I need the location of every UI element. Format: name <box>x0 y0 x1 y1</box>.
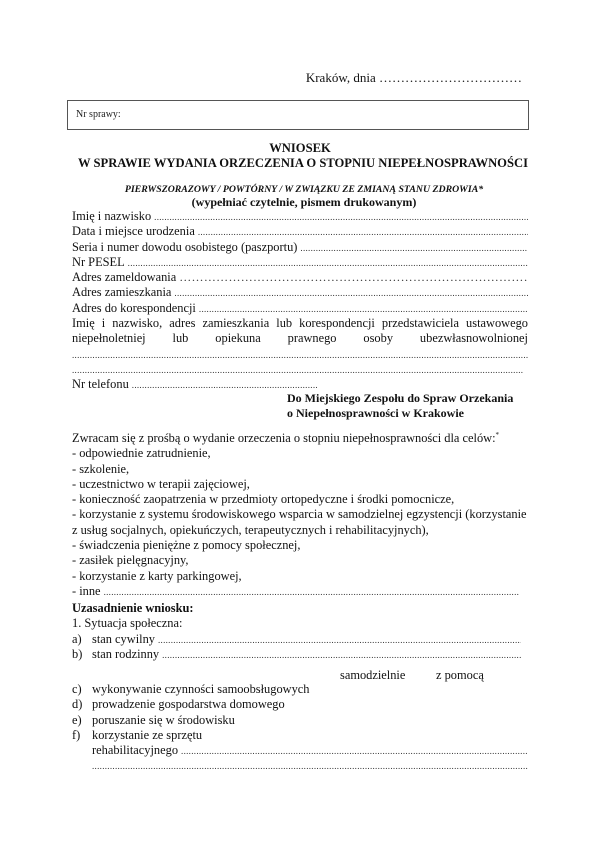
column-independent: samodzielnie <box>340 668 405 683</box>
registered-address-label: Adres zameldowania <box>72 270 179 285</box>
activity-row[interactable]: d)prowadzenie gospodarstwa domowego <box>72 697 532 712</box>
rehab-equipment-field-line2[interactable] <box>72 758 528 773</box>
id-document-label: Seria i numer dowodu osobistego (paszpor… <box>72 240 300 255</box>
addressee-line2: o Niepełnosprawności w Krakowie <box>287 406 513 421</box>
representative-label-line1: Imię i nazwisko, adres zamieszkania lub … <box>72 316 528 331</box>
correspondence-address-label: Adres do korespondencji <box>72 301 199 316</box>
column-with-help: z pomocą <box>436 668 484 683</box>
registered-address-field[interactable]: Adres zameldowania <box>72 270 528 285</box>
purpose-item[interactable]: - konieczność zaopatrzenia w przedmioty … <box>72 492 532 507</box>
document-subtitle: W SPRAWIE WYDANIA ORZECZENIA O STOPNIU N… <box>0 156 600 171</box>
case-number-label: Nr sprawy: <box>76 107 121 122</box>
representative-field-line1[interactable] <box>72 347 528 362</box>
case-number-box[interactable]: Nr sprawy: <box>67 100 529 130</box>
asterisk-mark: * <box>496 431 500 439</box>
name-field[interactable]: Imię i nazwisko <box>72 209 528 224</box>
purpose-item[interactable]: - świadczenia pieniężne z pomocy społecz… <box>72 538 532 553</box>
activities-list: c)wykonywanie czynności samoobsługowych … <box>72 682 532 774</box>
birth-label: Data i miejsce urodzenia <box>72 224 198 239</box>
family-status-field[interactable]: b) stan rodzinny <box>72 647 521 662</box>
representative-field-line2[interactable] <box>72 362 524 377</box>
correspondence-address-field[interactable]: Adres do korespondencji <box>72 301 528 316</box>
personal-data-section: Imię i nazwisko Data i miejsce urodzenia… <box>72 209 528 393</box>
purposes-section: Zwracam się z prośbą o wydanie orzeczeni… <box>72 431 532 599</box>
addressee-block: Do Miejskiego Zespołu do Spraw Orzekania… <box>287 391 513 420</box>
phone-field[interactable]: Nr telefonu <box>72 377 317 392</box>
purposes-intro: Zwracam się z prośbą o wydanie orzeczeni… <box>72 431 532 446</box>
phone-label: Nr telefonu <box>72 377 132 392</box>
document-title: WNIOSEK <box>0 141 600 156</box>
marital-status-field[interactable]: a) stan cywilny <box>72 632 521 647</box>
purpose-item-continuation: z usług socjalnych, opiekuńczych, terape… <box>72 523 532 538</box>
purpose-item[interactable]: - odpowiednie zatrudnienie, <box>72 446 532 461</box>
pesel-field[interactable]: Nr PESEL <box>72 255 528 270</box>
purpose-item[interactable]: - zasiłek pielęgnacyjny, <box>72 553 532 568</box>
rehab-equipment-field[interactable]: rehabilitacyjnego <box>72 743 528 758</box>
id-document-field[interactable]: Seria i numer dowodu osobistego (paszpor… <box>72 240 528 255</box>
purpose-item[interactable]: - szkolenie, <box>72 462 532 477</box>
addressee-line1: Do Miejskiego Zespołu do Spraw Orzekania <box>287 391 513 406</box>
pesel-label: Nr PESEL <box>72 255 128 270</box>
purpose-item[interactable]: - korzystanie z karty parkingowej, <box>72 569 532 584</box>
social-situation-heading: 1. Sytuacja społeczna: <box>72 616 532 631</box>
birth-field[interactable]: Data i miejsce urodzenia <box>72 224 528 239</box>
purpose-other-field[interactable]: - inne <box>72 584 519 599</box>
name-label: Imię i nazwisko <box>72 209 154 224</box>
fill-instruction: (wypełniać czytelnie, pismem drukowanym) <box>0 195 600 210</box>
justification-section: Uzasadnienie wniosku: 1. Sytuacja społec… <box>72 601 532 662</box>
purpose-item[interactable]: - korzystanie z systemu środowiskowego w… <box>72 507 532 522</box>
activity-row[interactable]: c)wykonywanie czynności samoobsługowych <box>72 682 532 697</box>
place-date-field[interactable]: Kraków, dnia …………………………… <box>306 70 522 85</box>
justification-heading: Uzasadnienie wniosku: <box>72 601 532 616</box>
activity-row[interactable]: f)korzystanie ze sprzętu <box>72 728 532 743</box>
residence-address-label: Adres zamieszkania <box>72 285 174 300</box>
purpose-item[interactable]: - uczestnictwo w terapii zajęciowej, <box>72 477 532 492</box>
activity-row[interactable]: e)poruszanie się w środowisku <box>72 713 532 728</box>
representative-label-line2: niepełnoletniej lub opiekuna prawnego os… <box>72 331 528 346</box>
residence-address-field[interactable]: Adres zamieszkania <box>72 285 528 300</box>
